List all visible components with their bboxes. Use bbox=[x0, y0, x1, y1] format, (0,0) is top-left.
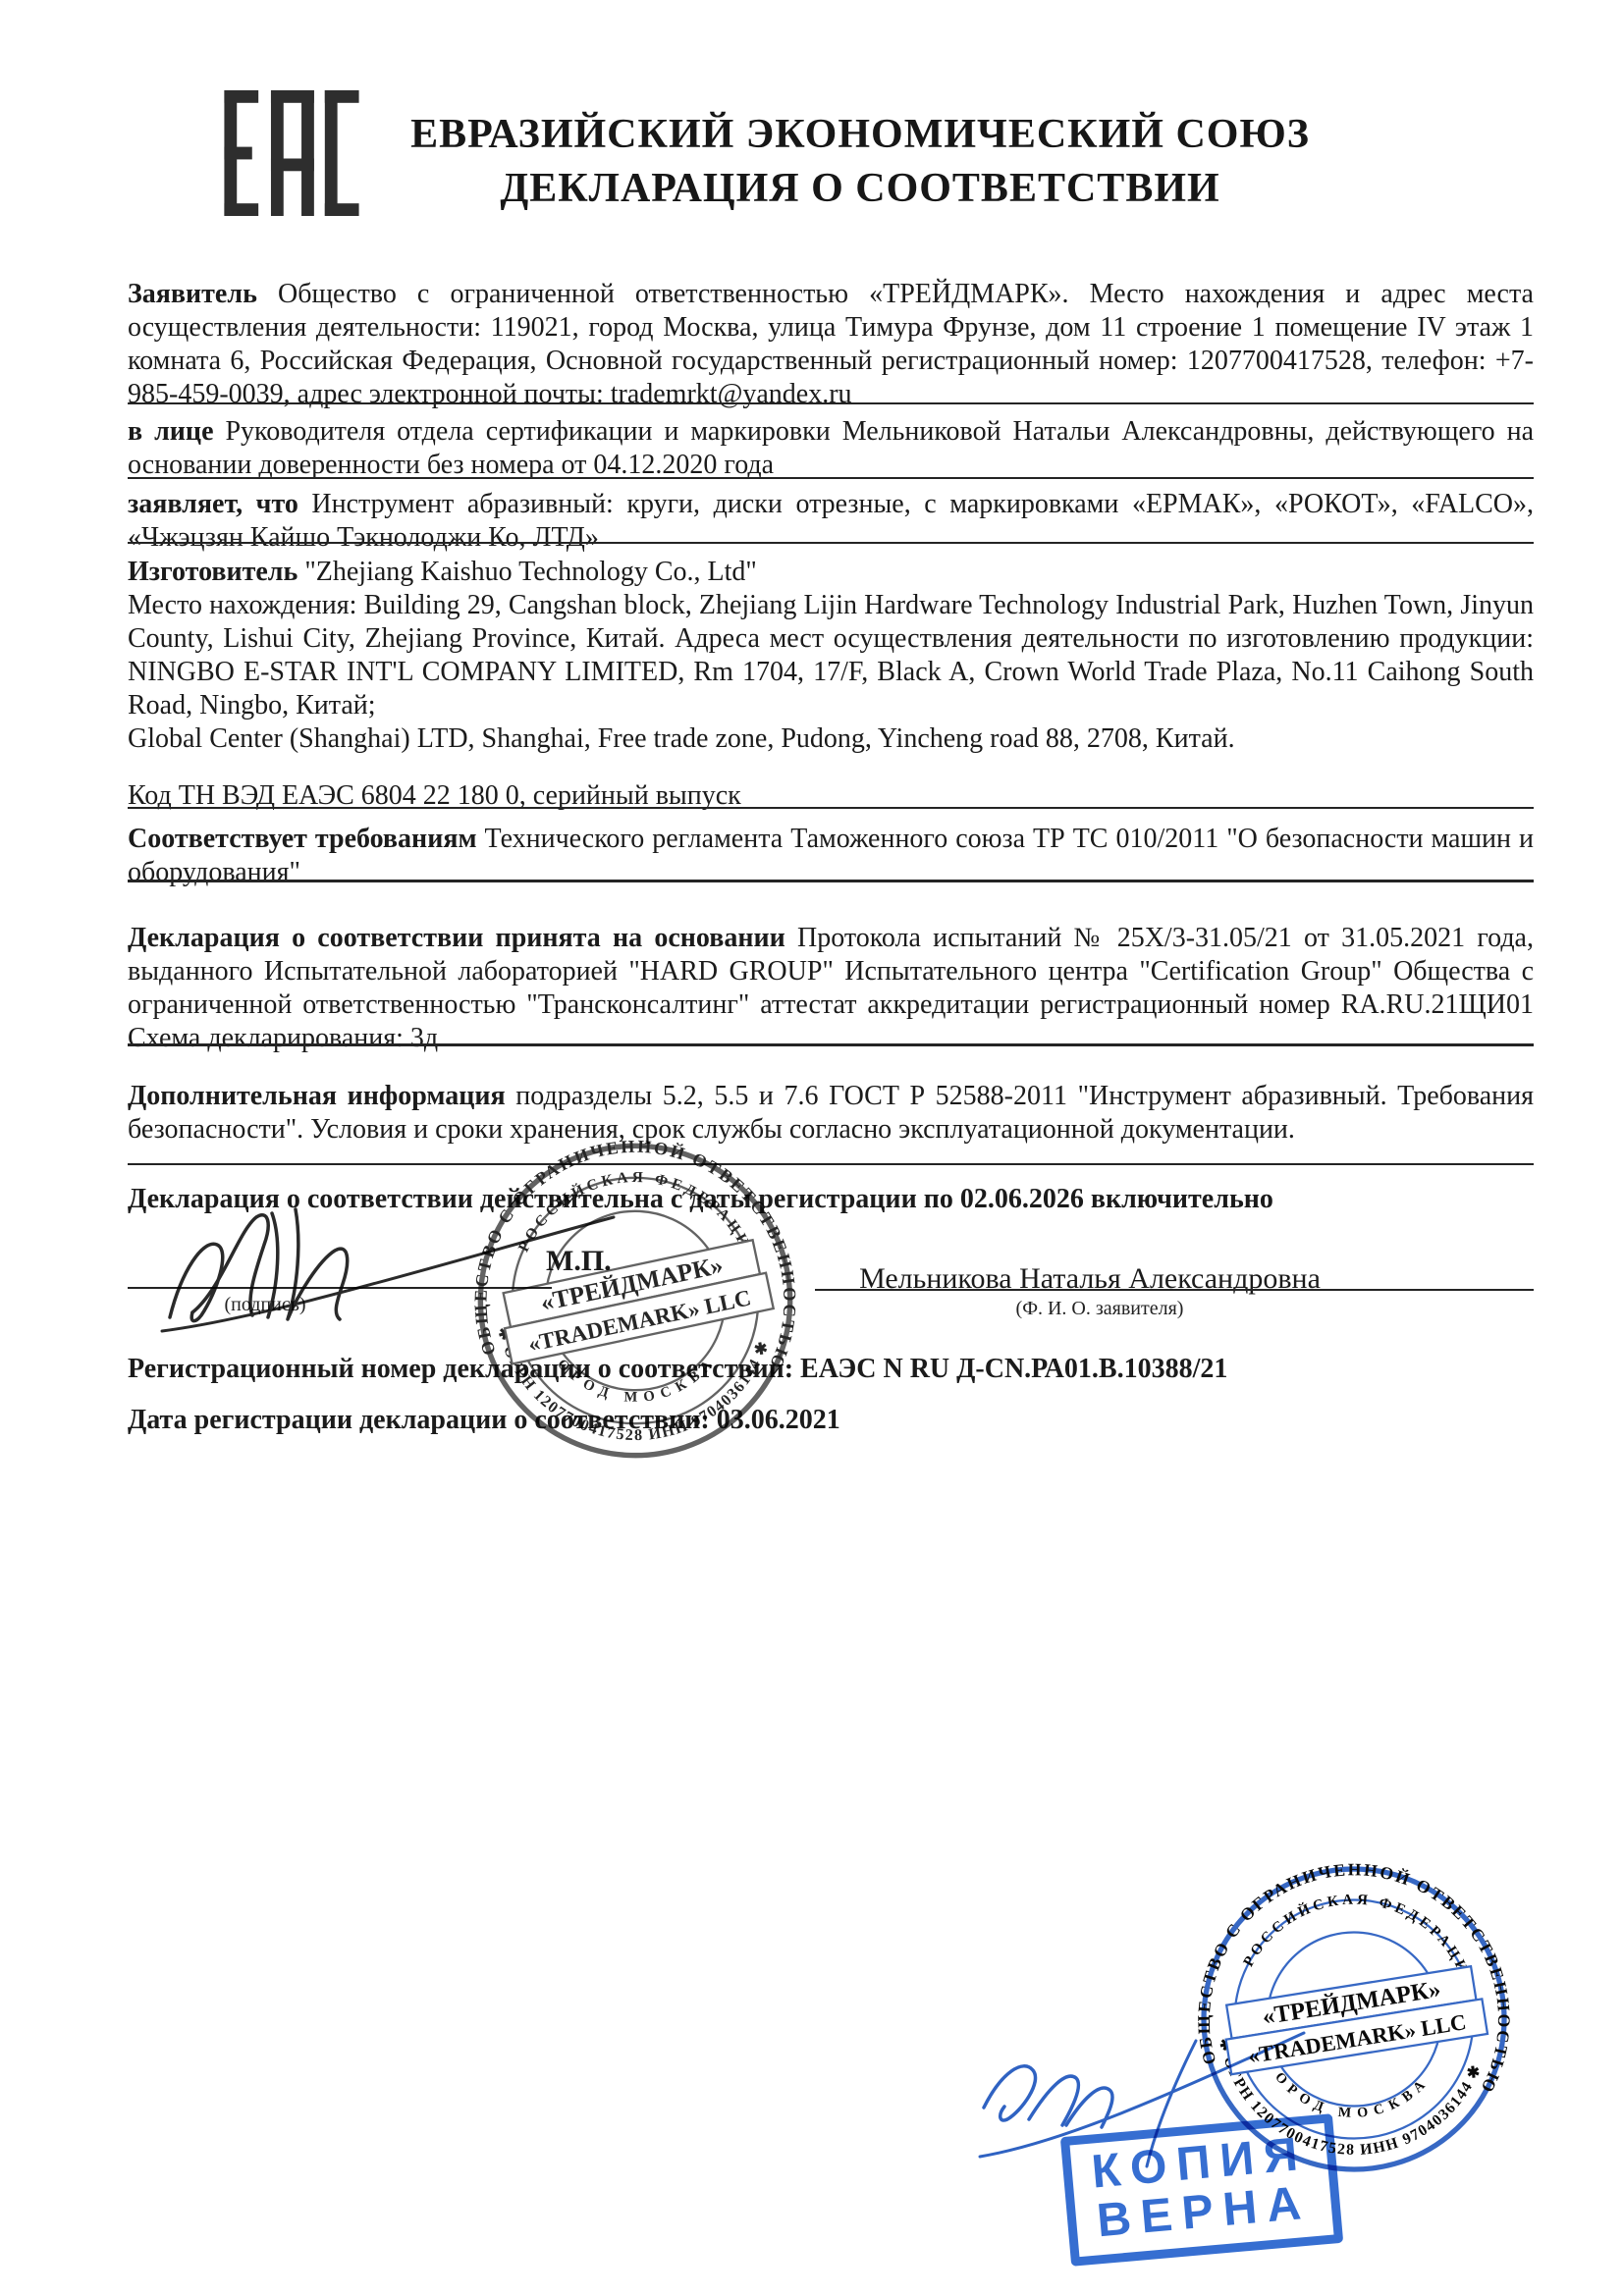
separator-line bbox=[128, 1043, 1534, 1046]
manufacturer-address2: Global Center (Shanghai) LTD, Shanghai, … bbox=[128, 722, 1534, 756]
additional-info-lead: Дополнительная информация bbox=[128, 1081, 506, 1111]
copy-verna-stamp: КОПИЯ ВЕРНА bbox=[1060, 2113, 1344, 2267]
separator-line bbox=[128, 542, 1534, 544]
title-declaration: ДЕКЛАРАЦИЯ О СООТВЕТСТВИИ bbox=[187, 162, 1534, 216]
representative-lead: в лице bbox=[128, 416, 214, 447]
fio-caption: (Ф. И. О. заявителя) bbox=[913, 1298, 1286, 1320]
representative-text: Руководителя отдела сертификации и марки… bbox=[128, 416, 1534, 480]
registration-date-line: Дата регистрации декларации о соответств… bbox=[128, 1404, 1534, 1437]
basis-lead: Декларация о соответствии принята на осн… bbox=[128, 923, 785, 953]
declares-paragraph: заявляет, что Инструмент абразивный: кру… bbox=[128, 488, 1534, 555]
registration-number-line: Регистрационный номер декларации о соотв… bbox=[128, 1353, 1534, 1386]
separator-line bbox=[128, 807, 1534, 809]
separator-line bbox=[128, 477, 1534, 479]
applicant-text: Общество с ограниченной ответственностью… bbox=[128, 279, 1534, 409]
compliance-lead: Соответствует требованиям bbox=[128, 824, 477, 854]
manufacturer-name: "Zhejiang Kaishuo Technology Co., Ltd" bbox=[298, 557, 757, 587]
separator-line bbox=[128, 880, 1534, 882]
basis-paragraph: Декларация о соответствии принята на осн… bbox=[128, 922, 1534, 1055]
title-union: ЕВРАЗИЙСКИЙ ЭКОНОМИЧЕСКИЙ СОЮЗ bbox=[187, 108, 1534, 162]
additional-info-paragraph: Дополнительная информация подразделы 5.2… bbox=[128, 1080, 1534, 1147]
separator-line bbox=[128, 1163, 1534, 1165]
fio-line bbox=[815, 1289, 1534, 1291]
document-title: ЕВРАЗИЙСКИЙ ЭКОНОМИЧЕСКИЙ СОЮЗ ДЕКЛАРАЦИ… bbox=[187, 108, 1534, 216]
manufacturer-name-line: Изготовитель "Zhejiang Kaishuo Technolog… bbox=[128, 556, 1534, 589]
manufacturer-block: Изготовитель "Zhejiang Kaishuo Technolog… bbox=[128, 556, 1534, 756]
representative-paragraph: в лице Руководителя отдела сертификации … bbox=[128, 415, 1534, 482]
manufacturer-address1: Место нахождения: Building 29, Cangshan … bbox=[128, 589, 1534, 722]
handwritten-signature bbox=[152, 1201, 623, 1339]
applicant-paragraph: Заявитель Общество с ограниченной ответс… bbox=[128, 278, 1534, 411]
applicant-lead: Заявитель bbox=[128, 279, 257, 309]
separator-line bbox=[128, 402, 1534, 404]
manufacturer-lead: Изготовитель bbox=[128, 557, 298, 587]
declares-lead: заявляет, что bbox=[128, 489, 298, 519]
